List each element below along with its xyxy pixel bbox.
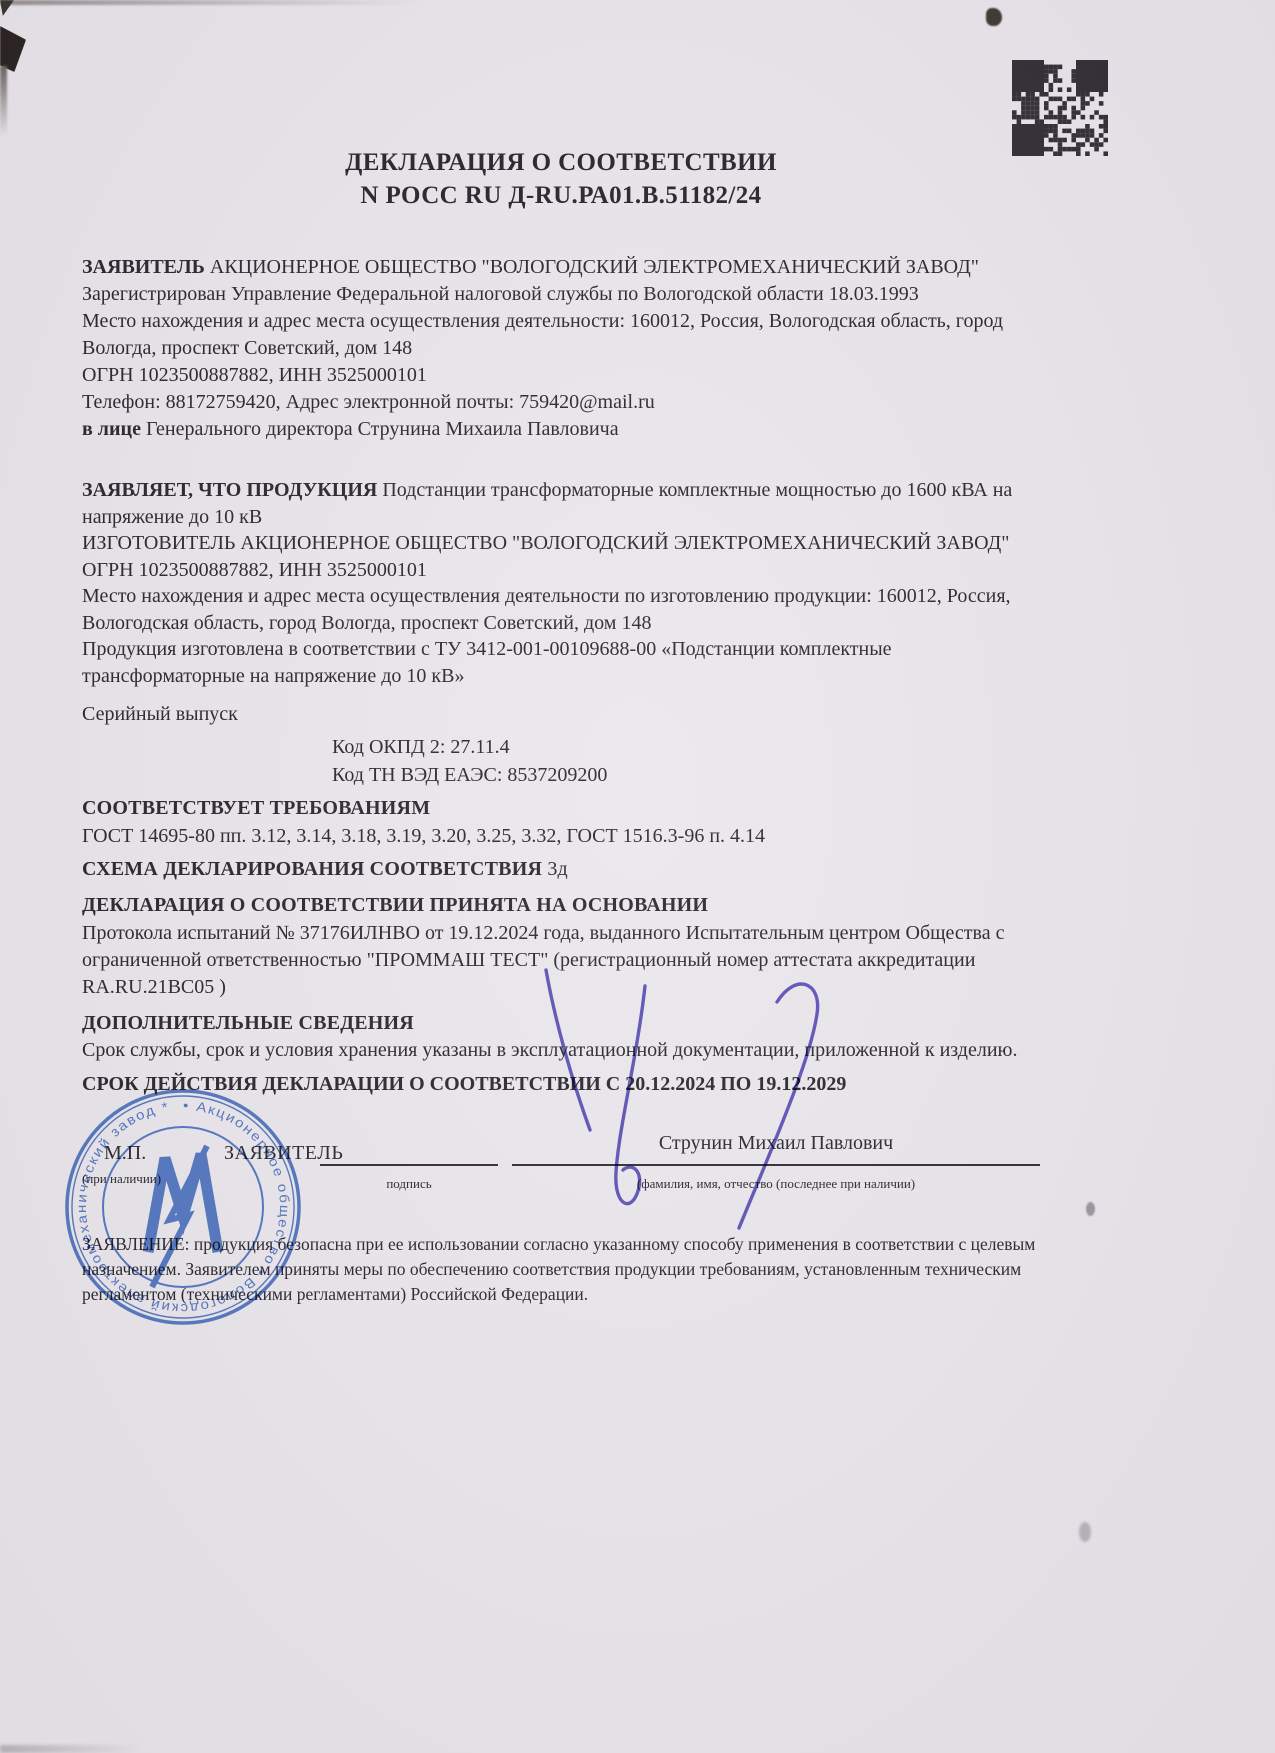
document-title: ДЕКЛАРАЦИЯ О СООТВЕТСТВИИ N РОСС RU Д-RU… — [82, 146, 1040, 212]
signature-line — [320, 1164, 498, 1166]
scan-artifact-mark — [1086, 1202, 1095, 1216]
manufacturer-line: ИЗГОТОВИТЕЛЬ АКЦИОНЕРНОЕ ОБЩЕСТВО "ВОЛОГ… — [82, 530, 1040, 557]
signature-applicant-label: ЗАЯВИТЕЛЬ — [224, 1140, 343, 1167]
declaration-number: N РОСС RU Д-RU.РА01.В.51182/24 — [82, 179, 1040, 212]
scanned-declaration-page: ДЕКЛАРАЦИЯ О СООТВЕТСТВИИ N РОСС RU Д-RU… — [0, 0, 1275, 1753]
applicant-section: ЗАЯВИТЕЛЬ АКЦИОНЕРНОЕ ОБЩЕСТВО "ВОЛОГОДС… — [82, 254, 1040, 443]
manufacturer-address: Место нахождения и адрес места осуществл… — [82, 583, 1040, 636]
scan-artifact-corner — [0, 26, 26, 72]
qr-code — [1012, 60, 1108, 156]
applicant-address: Место нахождения и адрес места осуществл… — [82, 308, 1040, 362]
signatory-name: Струнин Михаил Павлович — [512, 1130, 1040, 1157]
declares-label: ЗАЯВЛЯЕТ, ЧТО ПРОДУКЦИЯ — [82, 479, 377, 501]
declaration-scheme-line: СХЕМА ДЕКЛАРИРОВАНИЯ СООТВЕТСТВИЯ 3д — [82, 856, 1040, 883]
applicant-line: ЗАЯВИТЕЛЬ АКЦИОНЕРНОЕ ОБЩЕСТВО "ВОЛОГОДС… — [82, 254, 1040, 281]
additional-info-heading: ДОПОЛНИТЕЛЬНЫЕ СВЕДЕНИЯ — [82, 1010, 1040, 1037]
applicant-registration: Зарегистрирован Управление Федеральной н… — [82, 281, 1040, 308]
represented-by-name: Генерального директора Струнина Михаила … — [146, 418, 619, 440]
validity-period-line: СРОК ДЕЙСТВИЯ ДЕКЛАРАЦИИ О СООТВЕТСТВИИ … — [82, 1071, 1040, 1098]
product-tu: Продукция изготовлена в соответствии с Т… — [82, 636, 1040, 689]
name-caption: (фамилия, имя, отчество (последнее при н… — [512, 1170, 1040, 1197]
signature-block: М.П. (при наличии) ЗАЯВИТЕЛЬ подпись Стр… — [82, 1124, 1040, 1228]
signature-caption: подпись — [320, 1170, 498, 1197]
serial-production: Серийный выпуск — [82, 701, 1040, 728]
applicant-representative: в лице Генерального директора Струнина М… — [82, 416, 1040, 443]
product-codes: Код ОКПД 2: 27.11.4 Код ТН ВЭД ЕАЭС: 853… — [332, 733, 1040, 789]
okpd-code: Код ОКПД 2: 27.11.4 — [332, 733, 1040, 761]
standards-list: ГОСТ 14695-80 пп. 3.12, 3.14, 3.18, 3.19… — [82, 823, 1040, 850]
applicant-contacts: Телефон: 88172759420, Адрес электронной … — [82, 389, 1040, 416]
scan-artifact-corner — [0, 66, 7, 136]
scan-artifact-mark — [986, 8, 1002, 26]
safety-statement: ЗАЯВЛЕНИЕ: продукция безопасна при ее ис… — [82, 1232, 1044, 1307]
meets-requirements-heading: СООТВЕТСТВУЕТ ТРЕБОВАНИЯМ — [82, 795, 1040, 822]
scan-artifact-mark — [1079, 1522, 1091, 1542]
scheme-value: 3д — [547, 858, 568, 880]
additional-info-text: Срок службы, срок и условия хранения ука… — [82, 1037, 1040, 1064]
applicant-name: АКЦИОНЕРНОЕ ОБЩЕСТВО "ВОЛОГОДСКИЙ ЭЛЕКТР… — [210, 256, 979, 278]
document-body: ДЕКЛАРАЦИЯ О СООТВЕТСТВИИ N РОСС RU Д-RU… — [82, 146, 1040, 1307]
applicant-label: ЗАЯВИТЕЛЬ — [82, 256, 205, 278]
scan-artifact-bottom — [0, 1745, 140, 1753]
basis-heading: ДЕКЛАРАЦИЯ О СООТВЕТСТВИИ ПРИНЯТА НА ОСН… — [82, 892, 1040, 919]
product-section: ЗАЯВЛЯЕТ, ЧТО ПРОДУКЦИЯ Подстанции транс… — [82, 477, 1040, 689]
manufacturer-label: ИЗГОТОВИТЕЛЬ — [82, 532, 235, 554]
product-declaration-line: ЗАЯВЛЯЕТ, ЧТО ПРОДУКЦИЯ Подстанции транс… — [82, 477, 1040, 530]
manufacturer-name: АКЦИОНЕРНОЕ ОБЩЕСТВО "ВОЛОГОДСКИЙ ЭЛЕКТР… — [240, 532, 1009, 554]
basis-text: Протокола испытаний № 37176ИЛНВО от 19.1… — [82, 920, 1040, 1001]
stamp-place-note: (при наличии) — [82, 1172, 161, 1186]
name-line — [512, 1164, 1040, 1166]
stamp-place-label: М.П. — [104, 1140, 146, 1167]
manufacturer-ogrn-inn: ОГРН 1023500887882, ИНН 3525000101 — [82, 557, 1040, 584]
scan-artifact-top-edge — [0, 0, 420, 5]
tnved-code: Код ТН ВЭД ЕАЭС: 8537209200 — [332, 761, 1040, 789]
title-line-1: ДЕКЛАРАЦИЯ О СООТВЕТСТВИИ — [82, 146, 1040, 179]
applicant-ogrn-inn: ОГРН 1023500887882, ИНН 3525000101 — [82, 362, 1040, 389]
represented-by-label: в лице — [82, 418, 141, 440]
scan-artifact-corner — [0, 0, 14, 16]
scheme-label: СХЕМА ДЕКЛАРИРОВАНИЯ СООТВЕТСТВИЯ — [82, 858, 542, 880]
